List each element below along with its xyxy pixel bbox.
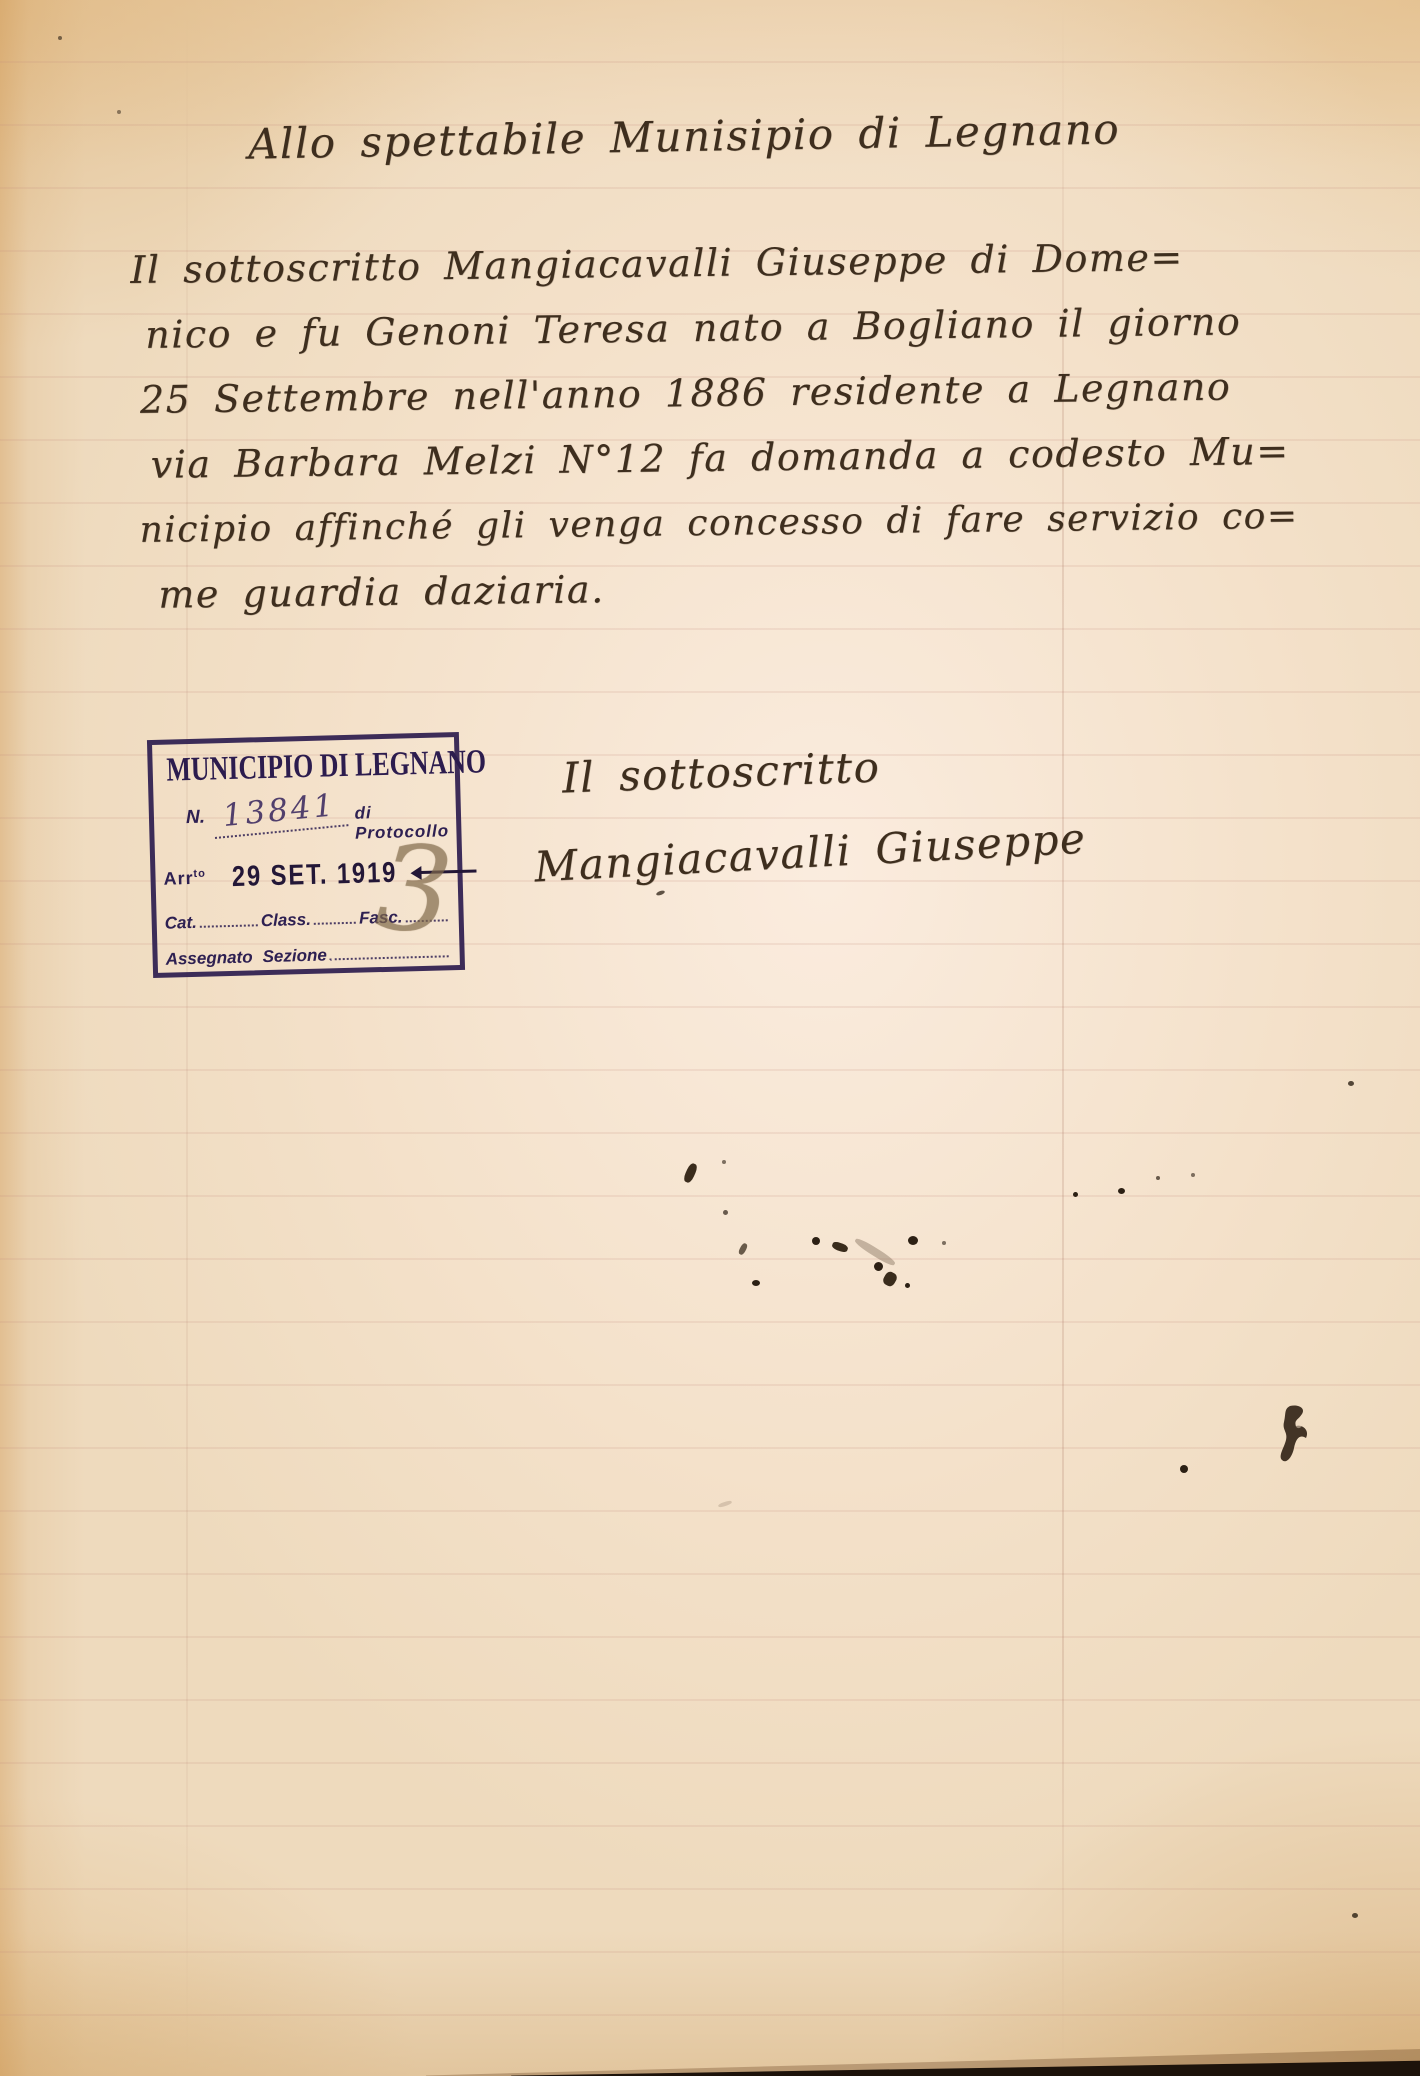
dotted-leader [314, 905, 357, 925]
assegnato-label: Assegnato [165, 947, 252, 969]
pencil-mark [718, 1500, 733, 1508]
document-page: Allo spettabile Munisipio di Legnano Il … [0, 0, 1420, 2076]
ink-speck [881, 1270, 898, 1288]
handwritten-number-mark: 3 [372, 827, 456, 951]
ink-speck [874, 1262, 883, 1271]
letter-body: Il sottoscritto Mangiacavalli Giuseppe d… [130, 224, 1300, 628]
protocol-stamp: MUNICIPIO DI LEGNANO N. 13841 di Protoco… [147, 732, 465, 978]
ink-speck [905, 1283, 910, 1288]
ink-speck [58, 36, 62, 40]
ink-speck [117, 110, 121, 114]
ink-speck [656, 890, 666, 897]
ink-speck [1180, 1465, 1188, 1473]
ink-speck [752, 1280, 760, 1286]
ink-speck [1352, 1913, 1358, 1918]
signature-name: Mangiacavalli Giuseppe [533, 814, 1087, 892]
dotted-leader [199, 907, 257, 928]
ink-speck [908, 1236, 918, 1245]
class-label: Class. [261, 910, 312, 931]
arrival-label: Arrto [163, 868, 206, 890]
ink-speck [722, 1160, 726, 1164]
ink-speck [1348, 1081, 1354, 1086]
protocol-number-handwritten: 13841 [211, 786, 348, 839]
body-line: me guardia daziaria. [158, 549, 1300, 628]
ink-swoosh-stain [1256, 1404, 1326, 1470]
ink-speck [723, 1210, 728, 1215]
sezione-label: Sezione [262, 945, 327, 967]
protocol-prefix: N. [186, 807, 206, 829]
ink-speck [942, 1241, 946, 1245]
ink-speck [812, 1237, 820, 1245]
ink-speck [1191, 1173, 1195, 1177]
stamp-header: MUNICIPIO DI LEGNANO [166, 743, 441, 789]
letter-heading: Allo spettabile Munisipio di Legnano [248, 104, 1121, 168]
cat-label: Cat. [164, 913, 197, 934]
ink-speck [738, 1242, 749, 1255]
ink-speck [682, 1162, 698, 1184]
signature-intro: Il sottoscritto [561, 742, 881, 802]
arrival-date: 29 SET. 1919 [232, 856, 398, 894]
ink-speck [1156, 1176, 1160, 1180]
ink-speck [1118, 1188, 1125, 1194]
ink-speck [831, 1241, 849, 1254]
ink-speck [1073, 1192, 1078, 1197]
